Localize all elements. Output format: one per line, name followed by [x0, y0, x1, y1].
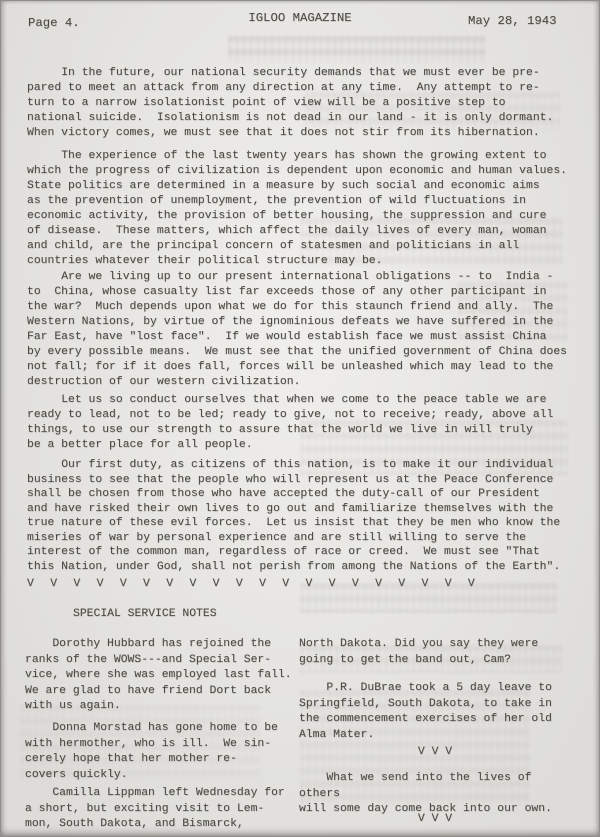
- news-item: P.R. DuBrae took a 5 day leave to Spring…: [299, 681, 571, 743]
- news-item: Camilla Lippman left Wednesday for a sho…: [25, 786, 297, 833]
- news-item-continuation: North Dakota. Did you say they were goin…: [299, 637, 571, 668]
- bleed-through-smudge: [228, 36, 486, 62]
- article-paragraph: Are we living up to our present internat…: [27, 270, 587, 390]
- article-paragraph: The experience of the last twenty years …: [27, 149, 587, 269]
- news-item: Dorothy Hubbard has rejoined the ranks o…: [25, 637, 297, 715]
- section-heading: SPECIAL SERVICE NOTES: [73, 607, 217, 622]
- article-paragraph: Our first duty, as citizens of this nati…: [27, 458, 587, 574]
- article-paragraph: Let us so conduct ourselves that when we…: [27, 393, 583, 453]
- news-item: Donna Morstad has gone home to be with h…: [25, 721, 297, 783]
- magazine-page: Page 4. IGLOO MAGAZINE May 28, 1943 In t…: [0, 0, 600, 837]
- v-separator: V V V: [299, 745, 571, 760]
- article-paragraph: In the future, our national security dem…: [27, 66, 583, 141]
- issue-date: May 28, 1943: [468, 14, 557, 29]
- closing-quote: What we send into the lives of others wi…: [299, 771, 571, 818]
- v-divider-row: V V V V V V V V V V V V V V V V V V V V: [27, 577, 476, 592]
- v-separator: V V V: [299, 812, 571, 827]
